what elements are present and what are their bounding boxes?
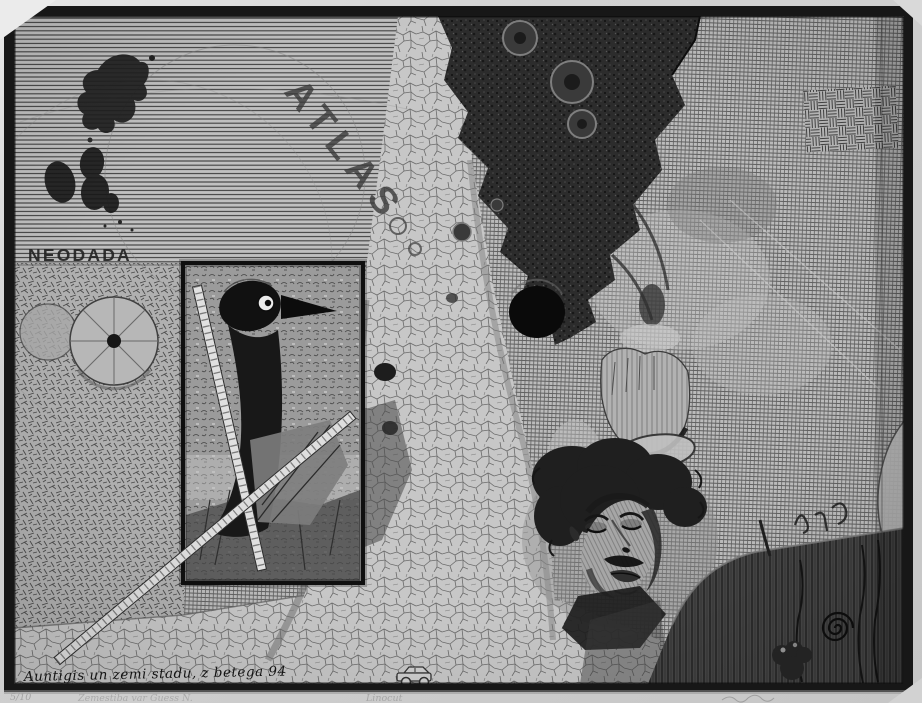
pencil-medium: Linocut — [365, 693, 403, 703]
pencil-edition: 5/10 — [10, 692, 31, 703]
vignette-overlay — [14, 16, 904, 684]
artwork-photo: ATLAS NEODADA — [0, 0, 922, 703]
print-content: ATLAS NEODADA — [0, 16, 905, 687]
pencil-title: Zemestiba var Guess N. — [77, 693, 193, 703]
